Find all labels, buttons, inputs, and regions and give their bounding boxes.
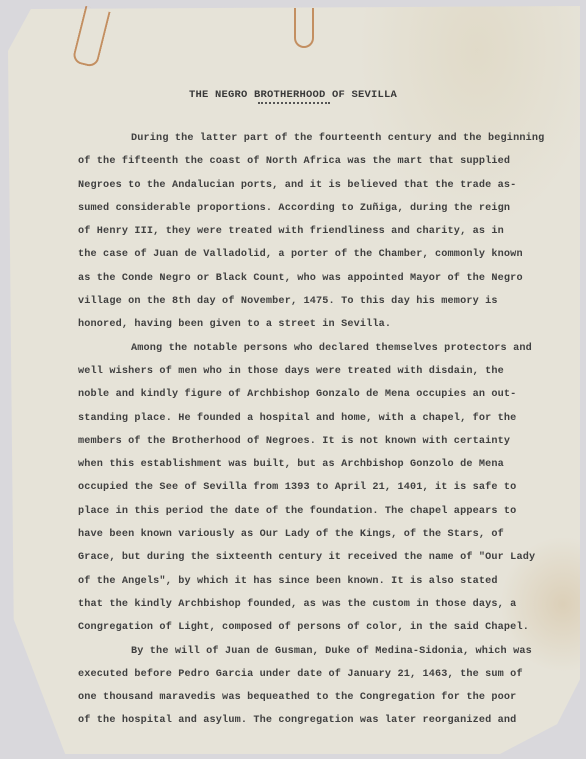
text-line: of Henry III, they were treated with fri… (78, 220, 540, 243)
text-line: place in this period the date of the fou… (78, 500, 540, 523)
text-line: Negroes to the Andalucian ports, and it … (78, 174, 540, 197)
document-body: During the latter part of the fourteenth… (100, 127, 540, 733)
text-line: Among the notable persons who declared t… (100, 337, 540, 360)
text-line: the case of Juan de Valladolid, a porter… (78, 243, 540, 266)
text-line: village on the 8th day of November, 1475… (78, 290, 540, 313)
text-line: of the Angels", by which it has since be… (78, 570, 540, 593)
text-line: of the hospital and asylum. The congrega… (78, 709, 540, 732)
text-line: occupied the See of Sevilla from 1393 to… (78, 476, 540, 499)
text-line: that the kindly Archbishop founded, as w… (78, 593, 540, 616)
paperclip-rust-stain-center (294, 8, 314, 48)
text-line: By the will of Juan de Gusman, Duke of M… (100, 640, 540, 663)
text-line: have been known variously as Our Lady of… (78, 523, 540, 546)
text-line: well wishers of men who in those days we… (78, 360, 540, 383)
text-line: Grace, but during the sixteenth century … (78, 546, 540, 569)
text-line: standing place. He founded a hospital an… (78, 407, 540, 430)
text-line: During the latter part of the fourteenth… (100, 127, 540, 150)
text-line: sumed considerable proportions. Accordin… (78, 197, 540, 220)
text-line: honored, having been given to a street i… (78, 313, 540, 336)
document-title: THE NEGRO BROTHERHOOD OF SEVILLA (0, 89, 586, 101)
text-line: of the fifteenth the coast of North Afri… (78, 150, 540, 173)
text-line: one thousand maravedis was bequeathed to… (78, 686, 540, 709)
text-line: Congregation of Light, composed of perso… (78, 616, 540, 639)
text-line: when this establishment was built, but a… (78, 453, 540, 476)
text-line: noble and kindly figure of Archbishop Go… (78, 383, 540, 406)
title-underline (258, 102, 330, 104)
text-line: executed before Pedro Garcia under date … (78, 663, 540, 686)
text-line: members of the Brotherhood of Negroes. I… (78, 430, 540, 453)
text-line: as the Conde Negro or Black Count, who w… (78, 267, 540, 290)
